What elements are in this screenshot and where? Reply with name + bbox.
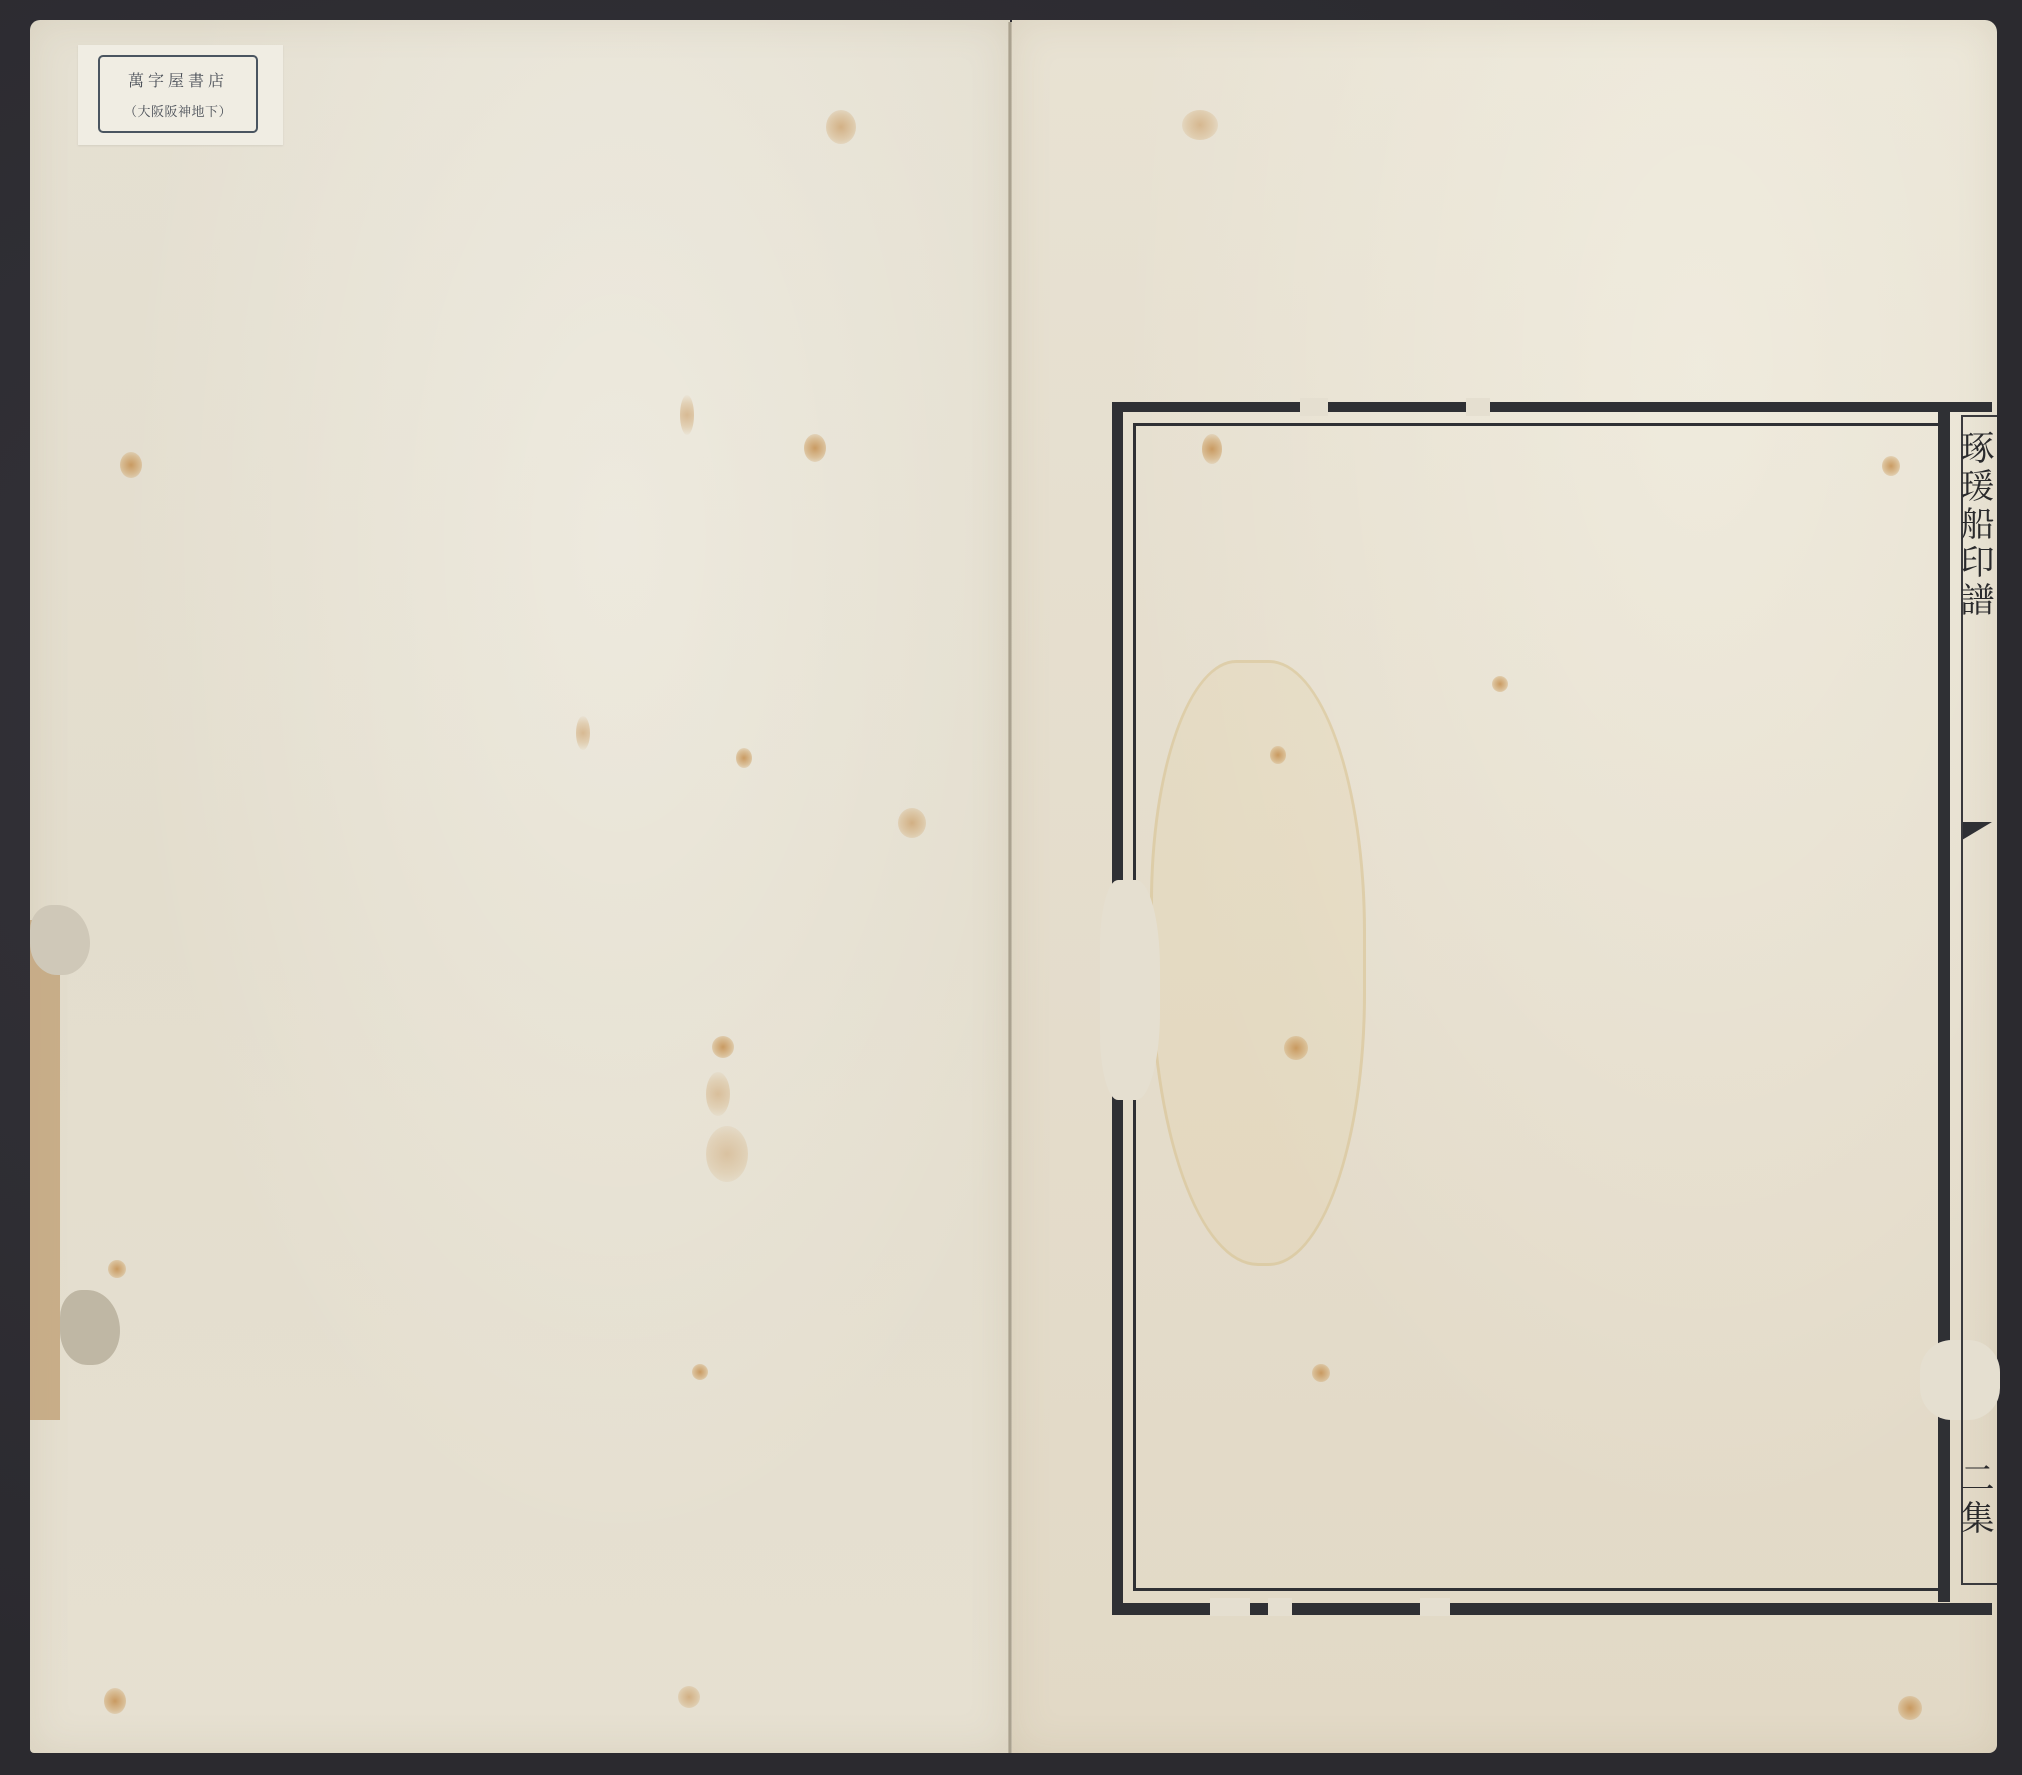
foxing-stain (898, 808, 926, 838)
frame-tear (1466, 398, 1490, 416)
foxing-stain (1182, 110, 1218, 140)
left-page (30, 20, 1010, 1753)
foxing-stain (104, 1688, 126, 1714)
frame-tear (1100, 880, 1160, 1100)
exposed-binding-strip (30, 920, 60, 1420)
foxing-stain (706, 1126, 748, 1182)
frame-tear (1300, 398, 1328, 416)
printed-border-inner (1133, 423, 1944, 1591)
frame-tear (1210, 1598, 1250, 1616)
foxing-stain (576, 716, 590, 750)
foxing-stain (120, 452, 142, 478)
foxing-stain (108, 1260, 126, 1278)
foxing-stain (826, 110, 856, 144)
foxing-stain (680, 395, 694, 435)
bookseller-address: （大阪阪神地下） (124, 101, 232, 120)
foxing-stain (804, 434, 826, 462)
foxing-stain (692, 1364, 708, 1380)
scan-background: 萬字屋書店 （大阪阪神地下） 琢瑗船印譜 二集 (0, 0, 2022, 1775)
foxing-stain (712, 1036, 734, 1058)
bookseller-name: 萬字屋書店 (128, 68, 228, 91)
foxing-stain (678, 1686, 700, 1708)
bookseller-label: 萬字屋書店 （大阪阪神地下） (78, 45, 283, 145)
foxing-stain (1898, 1696, 1922, 1720)
page-gutter (1008, 22, 1012, 1753)
frame-tear (1420, 1598, 1450, 1616)
frame-tear (1268, 1598, 1292, 1616)
foxing-stain (706, 1072, 730, 1116)
foxing-stain (736, 748, 752, 768)
volume-label: 二集 (1965, 1460, 2001, 1540)
title-slip: 琢瑗船印譜 二集 (1961, 415, 2001, 1595)
bookseller-label-frame: 萬字屋書店 （大阪阪神地下） (98, 55, 258, 133)
book-title: 琢瑗船印譜 (1965, 430, 2001, 620)
